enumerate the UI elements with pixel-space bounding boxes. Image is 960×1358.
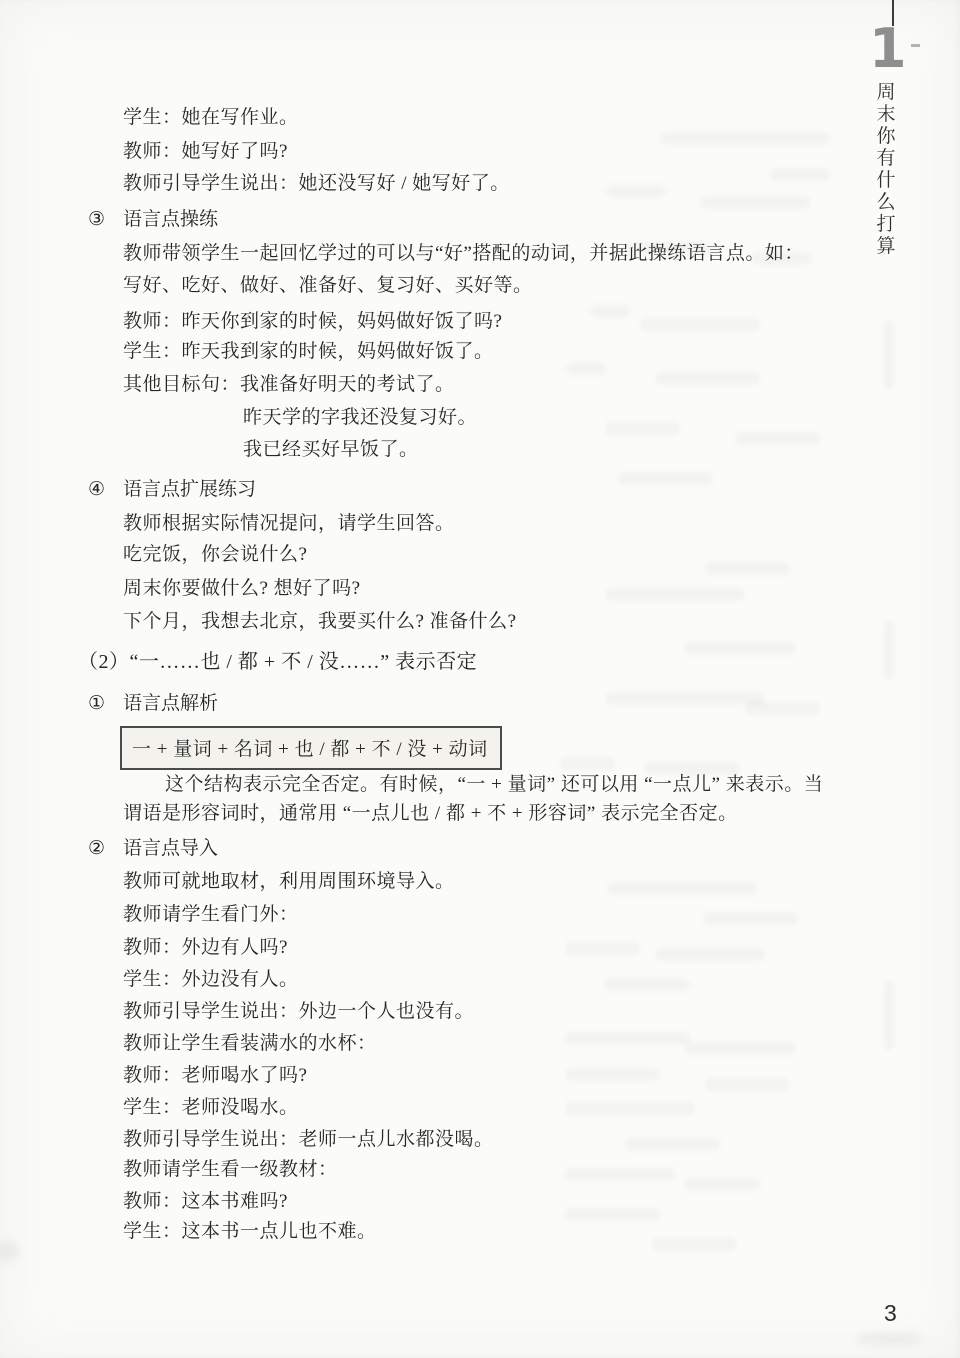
bleedthrough-mark — [606, 185, 666, 198]
section-marker: ③ — [88, 208, 105, 232]
bleedthrough-mark — [655, 372, 760, 385]
bleedthrough-mark — [884, 980, 894, 1050]
text-line: 吃完饭，你会说什么? — [123, 543, 307, 567]
bleedthrough-mark — [700, 196, 810, 209]
bleedthrough-mark — [607, 882, 757, 895]
page-number: 3 — [884, 1300, 897, 1327]
bleedthrough-mark — [745, 702, 820, 715]
text-line: 谓语是形容词时，通常用 “一点儿也 / 都 + 不 + 形容词” 表示完全否定。 — [123, 802, 738, 826]
bleedthrough-mark — [703, 912, 798, 925]
bleedthrough-mark — [752, 252, 812, 265]
section-heading: 语言点导入 — [123, 837, 218, 861]
text-line: 学生：这本书一点儿也不难。 — [123, 1220, 377, 1244]
scan-smudge — [0, 1240, 20, 1262]
text-line: 教师请学生看门外： — [123, 903, 299, 927]
bleedthrough-mark — [560, 757, 615, 770]
text-line: 我已经买好早饭了。 — [243, 438, 419, 462]
text-line: 学生：昨天我到家的时候，妈妈做好饭了。 — [123, 340, 494, 364]
text-line: 教师请学生看一级教材： — [123, 1158, 338, 1182]
scan-smudge — [855, 1332, 925, 1346]
bleedthrough-mark — [565, 1208, 660, 1221]
bleedthrough-mark — [618, 472, 713, 485]
header-tick — [911, 44, 920, 47]
text-line: 教师：她写好了吗? — [123, 140, 288, 164]
bleedthrough-mark — [705, 1078, 790, 1091]
section-marker: ② — [88, 837, 105, 861]
bleedthrough-mark — [625, 1138, 720, 1151]
bleedthrough-mark — [565, 1168, 675, 1181]
bleedthrough-mark — [566, 362, 606, 375]
bleedthrough-mark — [685, 1178, 760, 1191]
grammar-pattern-box: 一 + 量词 + 名词 + 也 / 都 + 不 / 没 + 动词 — [120, 726, 502, 770]
text-line: 学生：她在写作业。 — [123, 106, 299, 130]
text-line: 学生：老师没喝水。 — [123, 1096, 299, 1120]
bleedthrough-mark — [565, 1068, 660, 1081]
bleedthrough-mark — [565, 1032, 690, 1045]
bleedthrough-mark — [565, 1102, 695, 1115]
bleedthrough-mark — [884, 320, 894, 390]
bleedthrough-mark — [735, 432, 820, 445]
chapter-title: 周末你有什么打算 — [874, 82, 898, 258]
bleedthrough-mark — [652, 1238, 737, 1251]
bleedthrough-mark — [770, 168, 830, 181]
text-line: 昨天学的字我还没复习好。 — [243, 406, 477, 430]
section-marker: ④ — [88, 478, 105, 502]
text-line: 学生：外边没有人。 — [123, 968, 299, 992]
bleedthrough-mark — [884, 620, 894, 680]
text-line: 教师引导学生说出：她还没写好 / 她写好了。 — [123, 172, 510, 196]
bleedthrough-mark — [640, 318, 760, 331]
bleedthrough-mark — [705, 562, 790, 575]
bleedthrough-mark — [685, 642, 795, 655]
text-line: 教师：这本书难吗? — [123, 1190, 288, 1214]
bleedthrough-mark — [590, 305, 630, 318]
section-heading: 语言点扩展练习 — [123, 478, 256, 502]
text-line: 教师引导学生说出：外边一个人也没有。 — [123, 1000, 474, 1024]
text-line: 教师根据实际情况提问，请学生回答。 — [123, 512, 455, 536]
text-line: 教师让学生看装满水的水杯： — [123, 1032, 377, 1056]
text-line: 教师可就地取材，利用周围环境导入。 — [123, 870, 455, 894]
text-line: 这个结构表示完全否定。有时候，“一 + 量词” 还可以用 “一点儿” 来表示。当 — [165, 773, 823, 797]
bleedthrough-mark — [655, 948, 765, 961]
bleedthrough-mark — [605, 692, 765, 705]
text-line: 其他目标句：我准备好明天的考试了。 — [123, 373, 455, 397]
bleedthrough-mark — [685, 1042, 795, 1055]
text-line: 教师引导学生说出：老师一点儿水都没喝。 — [123, 1128, 494, 1152]
bleedthrough-mark — [605, 588, 745, 601]
section-heading: 语言点解析 — [123, 692, 218, 716]
scanned-textbook-page: 1 周末你有什么打算 学生：她在写作业。 教师：她写好了吗? 教师引导学生说出：… — [0, 0, 960, 1358]
bleedthrough-mark — [660, 132, 830, 145]
text-line: 周末你要做什么? 想好了吗? — [123, 577, 361, 601]
text-line: 教师：昨天你到家的时候，妈妈做好饭了吗? — [123, 310, 502, 334]
bleedthrough-mark — [605, 422, 680, 435]
bleedthrough-mark — [625, 242, 710, 255]
bleedthrough-mark — [645, 762, 740, 775]
text-line: 教师：老师喝水了吗? — [123, 1064, 307, 1088]
text-line: 下个月，我想去北京，我要买什么? 准备什么? — [123, 610, 517, 634]
bleedthrough-mark — [605, 978, 690, 991]
section-marker: ① — [88, 692, 105, 716]
bleedthrough-mark — [565, 942, 640, 955]
subsection-heading: （2）“一……也 / 都 + 不 / 没……” 表示否定 — [78, 650, 477, 675]
section-heading: 语言点操练 — [123, 208, 218, 232]
text-line: 写好、吃好、做好、准备好、复习好、买好等。 — [123, 274, 533, 298]
chapter-number: 1 — [869, 22, 907, 76]
text-line: 教师：外边有人吗? — [123, 936, 288, 960]
